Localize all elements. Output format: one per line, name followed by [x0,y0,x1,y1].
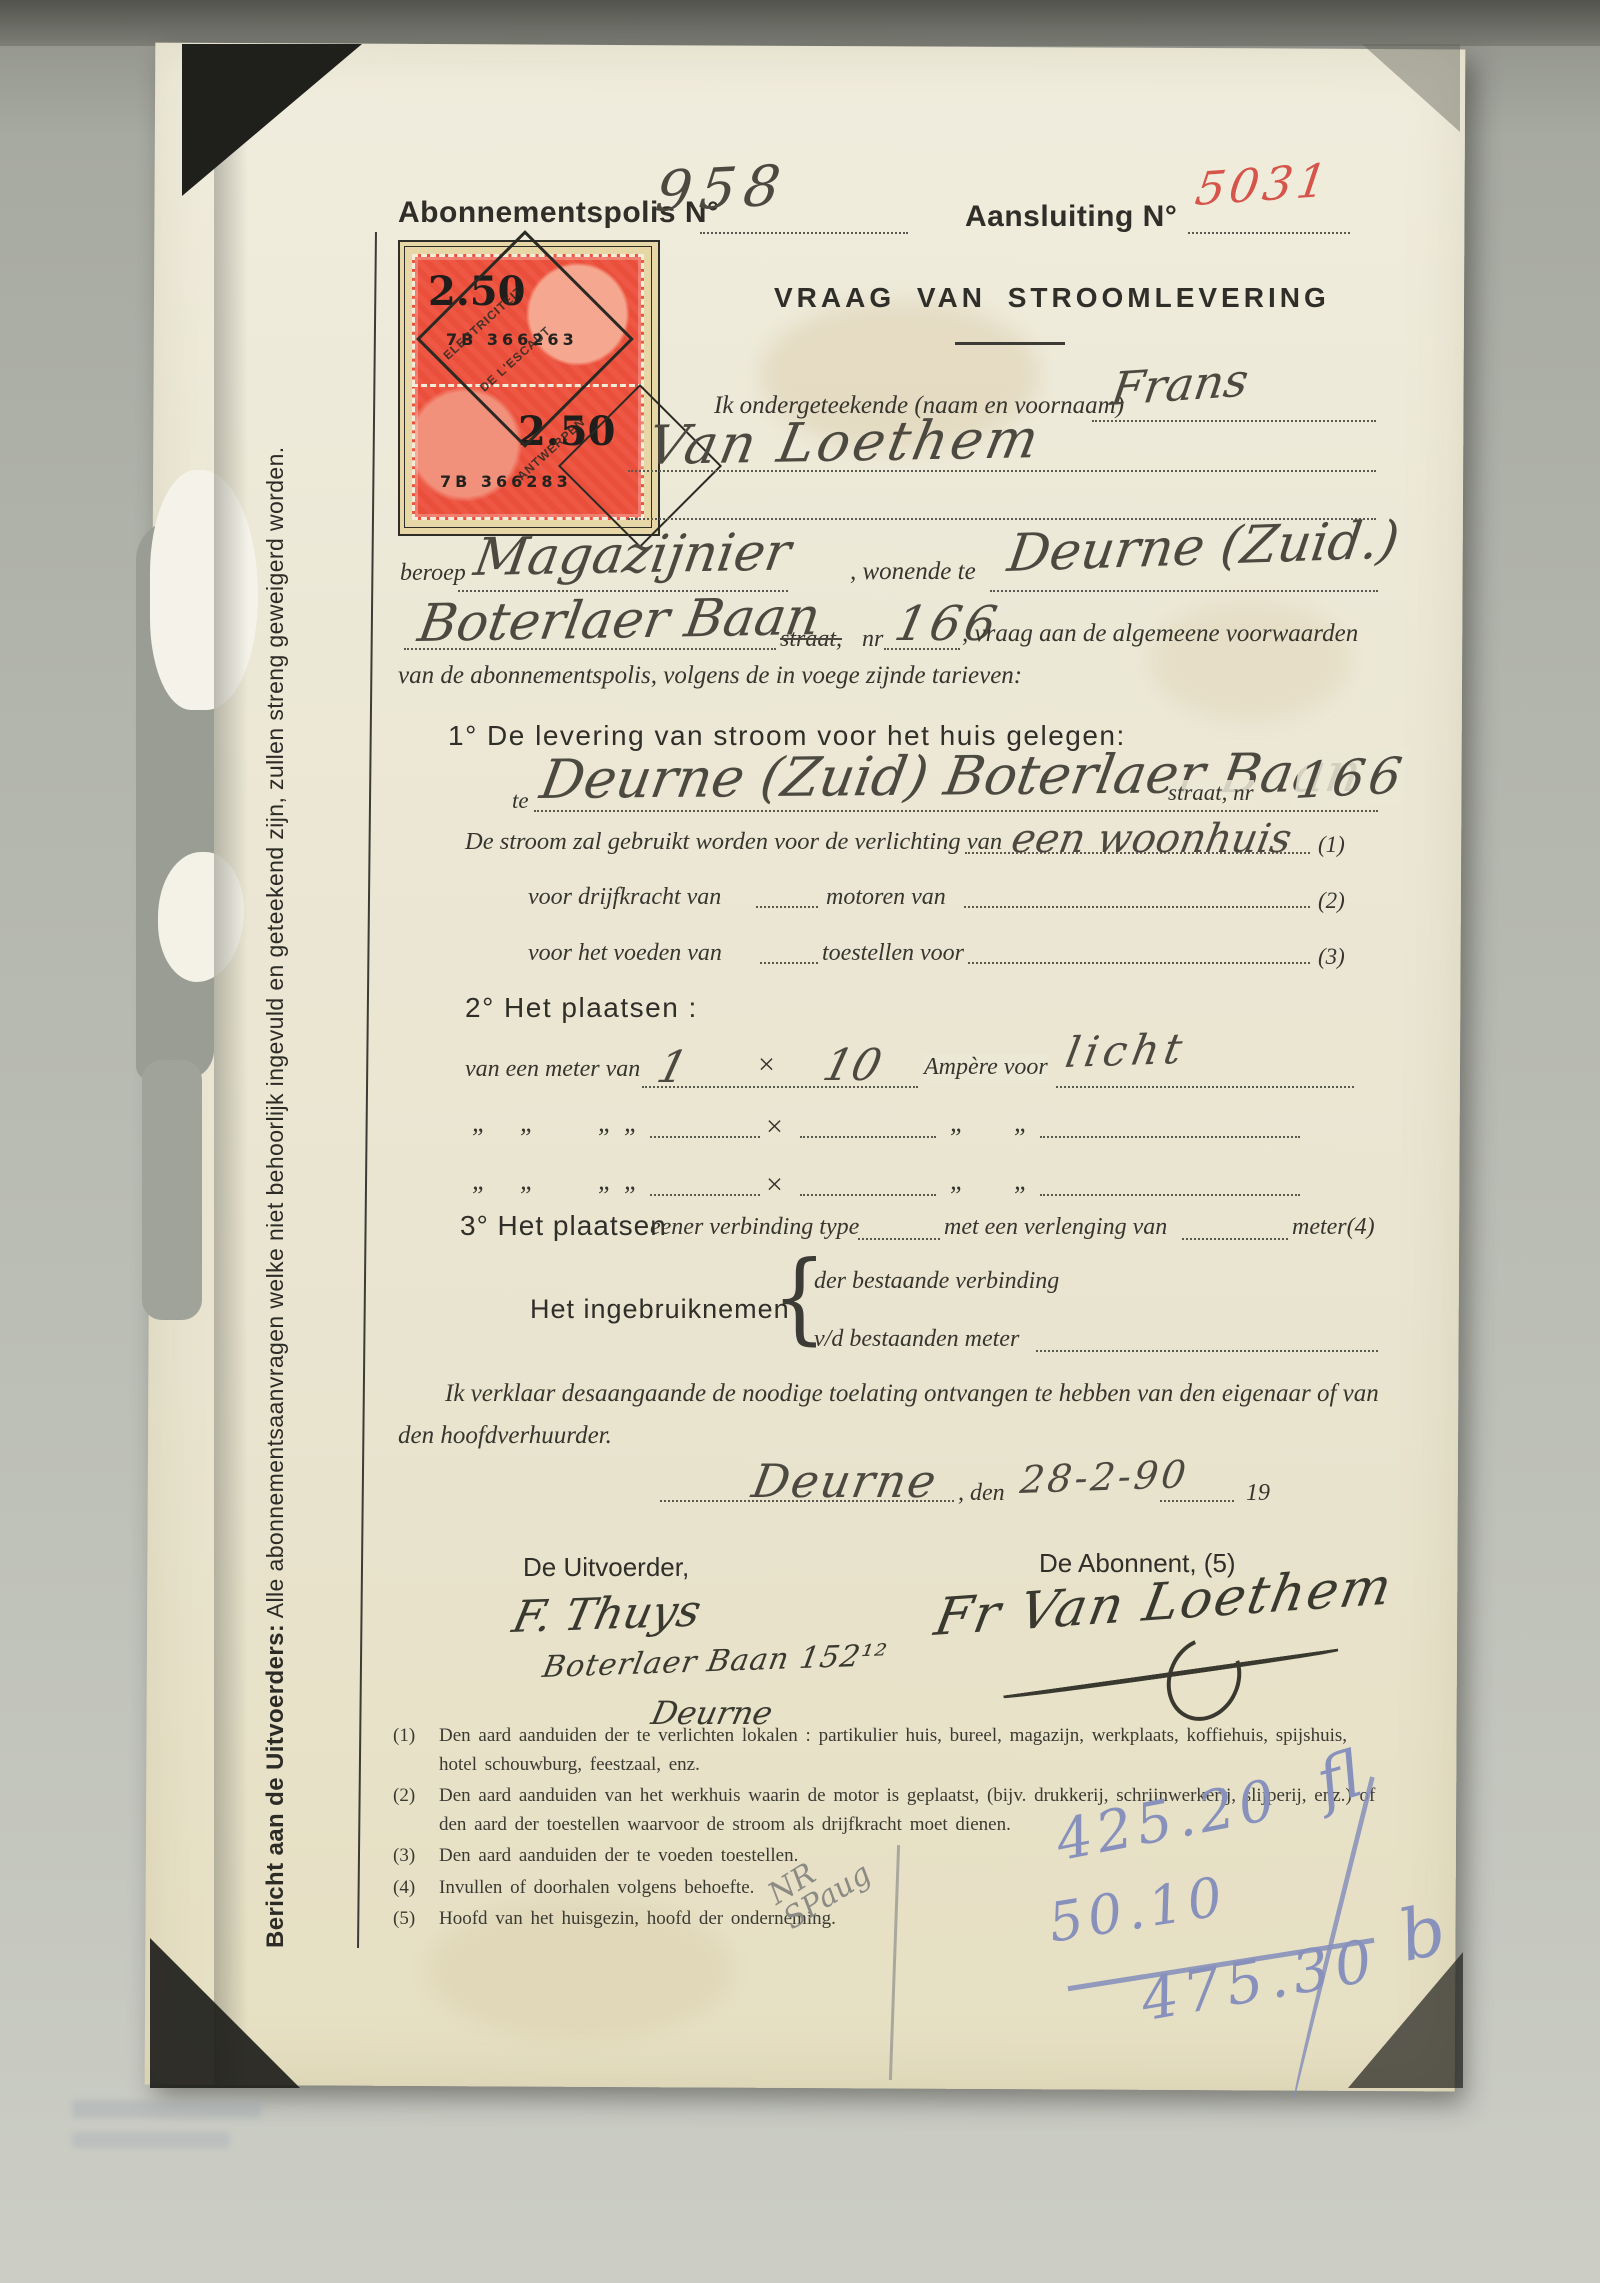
dotted-line [1040,1194,1300,1196]
dotted-line [968,962,1310,964]
dotted-line [990,590,1378,592]
footnote-text: Den aard aanduiden der te voeden toestel… [439,1845,798,1866]
usage-label: Het ingebruiknemen [530,1294,790,1325]
ditto-mark: „ [624,1166,638,1196]
ditto-mark: „ [950,1108,964,1138]
edge-shadow [214,46,248,2088]
sidebar-notice-text: Alle abonnementsaanvragen welke niet beh… [262,446,288,1618]
power-label: voor drijfkracht van [528,884,721,911]
street-value: Boterlaer Baan [414,587,824,654]
album-top-band [0,0,1600,46]
first-name-value: Frans [1108,353,1252,416]
dotted-line [756,906,818,908]
footnote-4: (4) Invullen of doorhalen volgens behoef… [393,1874,1385,1903]
footnote-3: (3) Den aard aanduiden der te voeden toe… [393,1842,1385,1871]
meter-ref-label: meter(4) [1292,1214,1375,1241]
footnote-text: Hoofd van het huisgezin, hoofd der onder… [439,1908,836,1929]
sidebar-notice-lead: Bericht aan de Uitvoerders: [262,1624,289,1948]
ditto-mark: „ [520,1108,534,1138]
dotted-line [1036,1350,1378,1352]
dotted-line [1182,1238,1288,1240]
dotted-line [858,1238,940,1240]
request-text: , vraag aan de algemeene voorwaarden [962,620,1358,648]
dotted-line [800,1194,936,1196]
declaration-line2: den hoofdverhuurder. [398,1422,612,1450]
section2-heading: 2° Het plaatsen : [465,992,698,1024]
stamp-serial-bottom: 7B 366283 [440,472,572,491]
feeding-label: voor het voeden van [528,940,722,967]
multiply-sign: × [766,1168,783,1202]
devices-label: toestellen voor [822,940,964,967]
footnote-1: (1) Den aard aanduiden der te verlichten… [393,1722,1385,1779]
dotted-line [642,1086,918,1088]
dotted-line [650,1136,760,1138]
footnote-number: (3) [393,1842,415,1871]
ref-2: (2) [1318,888,1345,914]
profession-value: Magazijnier [470,523,795,588]
usage-option-1: der bestaande verbinding [814,1268,1059,1295]
ditto-mark: „ [624,1108,638,1138]
ditto-mark: „ [598,1108,612,1138]
watermark [72,2132,230,2148]
title-underline [955,342,1065,345]
ditto-mark: „ [472,1108,486,1138]
date-value: 28-2-90 [1018,1452,1191,1502]
ditto-mark: „ [950,1166,964,1196]
sidebar-notice: Bericht aan de Uitvoerders: Alle abonnem… [262,248,290,1948]
dotted-line [964,906,1310,908]
connection-number-label: Aansluiting N° [965,200,1177,234]
ditto-mark: „ [1014,1166,1028,1196]
lighting-label: De stroom zal gebruikt worden voor de ve… [465,828,1002,856]
dotted-line [1160,1500,1234,1502]
ditto-mark: „ [1014,1108,1028,1138]
motors-label: motoren van [826,884,946,911]
torn-edge-gap [142,1060,202,1320]
dotted-line [534,810,1378,812]
ditto-mark: „ [598,1166,612,1196]
ditto-mark: „ [520,1166,534,1196]
footnote-text: Den aard aanduiden der te verlichten lok… [439,1725,1347,1775]
street-word-struck: straat, [780,626,842,653]
footnote-number: (1) [393,1722,415,1751]
ampere-value: licht [1062,1024,1191,1077]
connection-type-label: eener verbinding type [650,1214,859,1241]
extension-label: met een verlenging van [944,1214,1167,1241]
executor-label: De Uitvoerder, [523,1552,689,1583]
usage-option-2: v/d bestaanden meter [814,1326,1019,1353]
last-name-value: Van Loethem [642,407,1047,477]
executor-signature: F. Thuys [508,1586,706,1643]
dotted-line [700,232,908,234]
dotted-line [1188,232,1350,234]
profession-label: beroep [400,560,466,587]
policy-number-value: 958 [652,153,792,225]
place-value: Deurne [748,1454,942,1508]
dotted-line [1056,1086,1354,1088]
dotted-line [1040,1136,1300,1138]
footnote-5: (5) Hoofd van het huisgezin, hoofd der o… [393,1905,1385,1934]
form-title: VRAAG VAN STROOMLEVERING [774,282,1330,314]
den-label: , den [958,1480,1005,1507]
dotted-line [800,1136,936,1138]
dotted-line [650,1194,760,1196]
watermark [72,2100,262,2118]
section3-heading: 3° Het plaatsen [460,1210,667,1242]
declaration-line1: Ik verklaar desaangaande de noodige toel… [445,1380,1379,1408]
meter-label: van een meter van [465,1056,640,1083]
footnote-text: Invullen of doorhalen volgens behoefte. [439,1877,754,1898]
ref-1: (1) [1318,832,1345,858]
house-number-value: 166 [1292,746,1410,810]
multiply-sign: × [766,1110,783,1144]
footnote-number: (4) [393,1874,415,1903]
footnote-number: (5) [393,1905,415,1934]
footnote-number: (2) [393,1782,415,1811]
ditto-mark: „ [472,1166,486,1196]
year-prefix: 19 [1246,1480,1270,1507]
multiply-sign: × [758,1048,775,1082]
straat-nr-label: straat, nr [1168,780,1254,806]
nr-word: nr [862,626,883,653]
residence-label: , wonende te [850,558,976,586]
connection-number-value: 5031 [1192,153,1334,216]
lighting-value: een woonhuis [1008,816,1295,862]
dotted-line [1092,420,1376,422]
te-label: te [512,788,529,814]
dotted-line [760,962,818,964]
scanned-document-page: Bericht aan de Uitvoerders: Alle abonnem… [0,0,1600,2283]
ref-3: (3) [1318,944,1345,970]
tarieven-text: van de abonnementspolis, volgens de in v… [398,662,1022,690]
ampere-label: Ampère voor [924,1054,1048,1081]
paper-stain [1150,600,1350,720]
